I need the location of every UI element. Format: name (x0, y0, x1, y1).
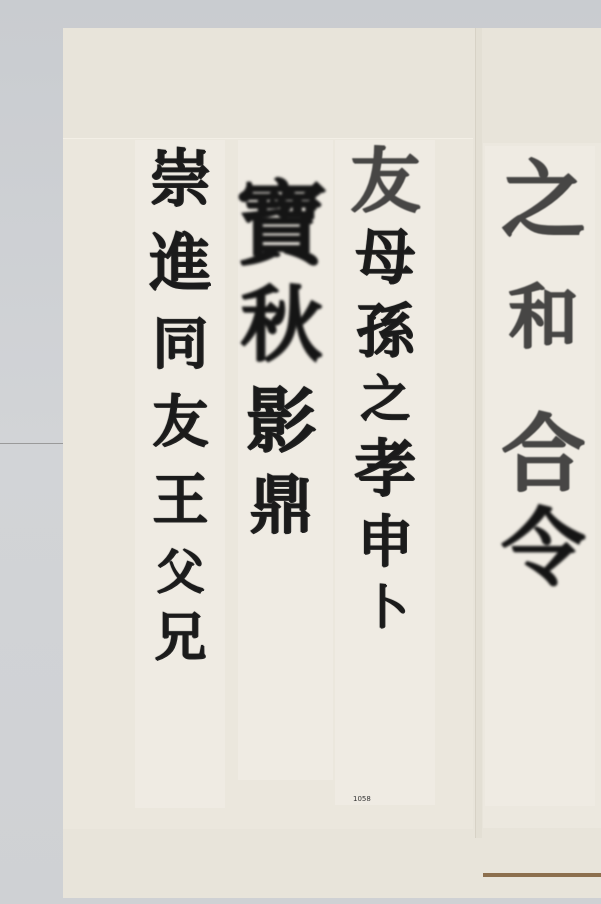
glyph: 之 (360, 374, 410, 424)
glyph: 友 (350, 146, 420, 216)
glyph: 孝 (354, 438, 416, 500)
album-page: 崇 進 同 友 王 父 兄 寶 秋 影 鼎 友 母 孫 之 孝 申 卜 之 和 … (63, 28, 601, 898)
glyph: 寶 (235, 178, 327, 270)
glyph: 影 (246, 386, 316, 456)
glyph: 之 (501, 158, 585, 242)
column-center-left: 寶 秋 影 鼎 (231, 178, 331, 538)
glyph: 合 (501, 412, 585, 496)
column-left: 崇 進 同 友 王 父 兄 (135, 148, 225, 664)
album-cover-edge (483, 873, 601, 877)
catalog-number: 1058 (353, 795, 371, 803)
glyph: 秋 (240, 284, 322, 366)
glyph: 父 (156, 548, 204, 596)
glyph: 進 (149, 232, 211, 294)
glyph: 令 (501, 506, 585, 590)
glyph: 鼎 (249, 474, 313, 538)
column-center: 友 母 孫 之 孝 申 卜 (335, 146, 435, 630)
page-gutter (475, 28, 482, 838)
glyph: 友 (152, 394, 208, 450)
glyph: 崇 (149, 148, 211, 210)
glyph: 卜 (362, 584, 408, 630)
column-right-partial: 之 和 合 令 (488, 158, 598, 590)
fold-line (0, 443, 63, 444)
glyph: 孫 (356, 302, 414, 360)
glyph: 申 (357, 514, 413, 570)
glyph: 同 (152, 316, 208, 372)
glyph: 母 (355, 228, 415, 288)
glyph: 和 (508, 282, 578, 352)
glyph: 王 (152, 472, 208, 528)
glyph: 兄 (154, 612, 206, 664)
